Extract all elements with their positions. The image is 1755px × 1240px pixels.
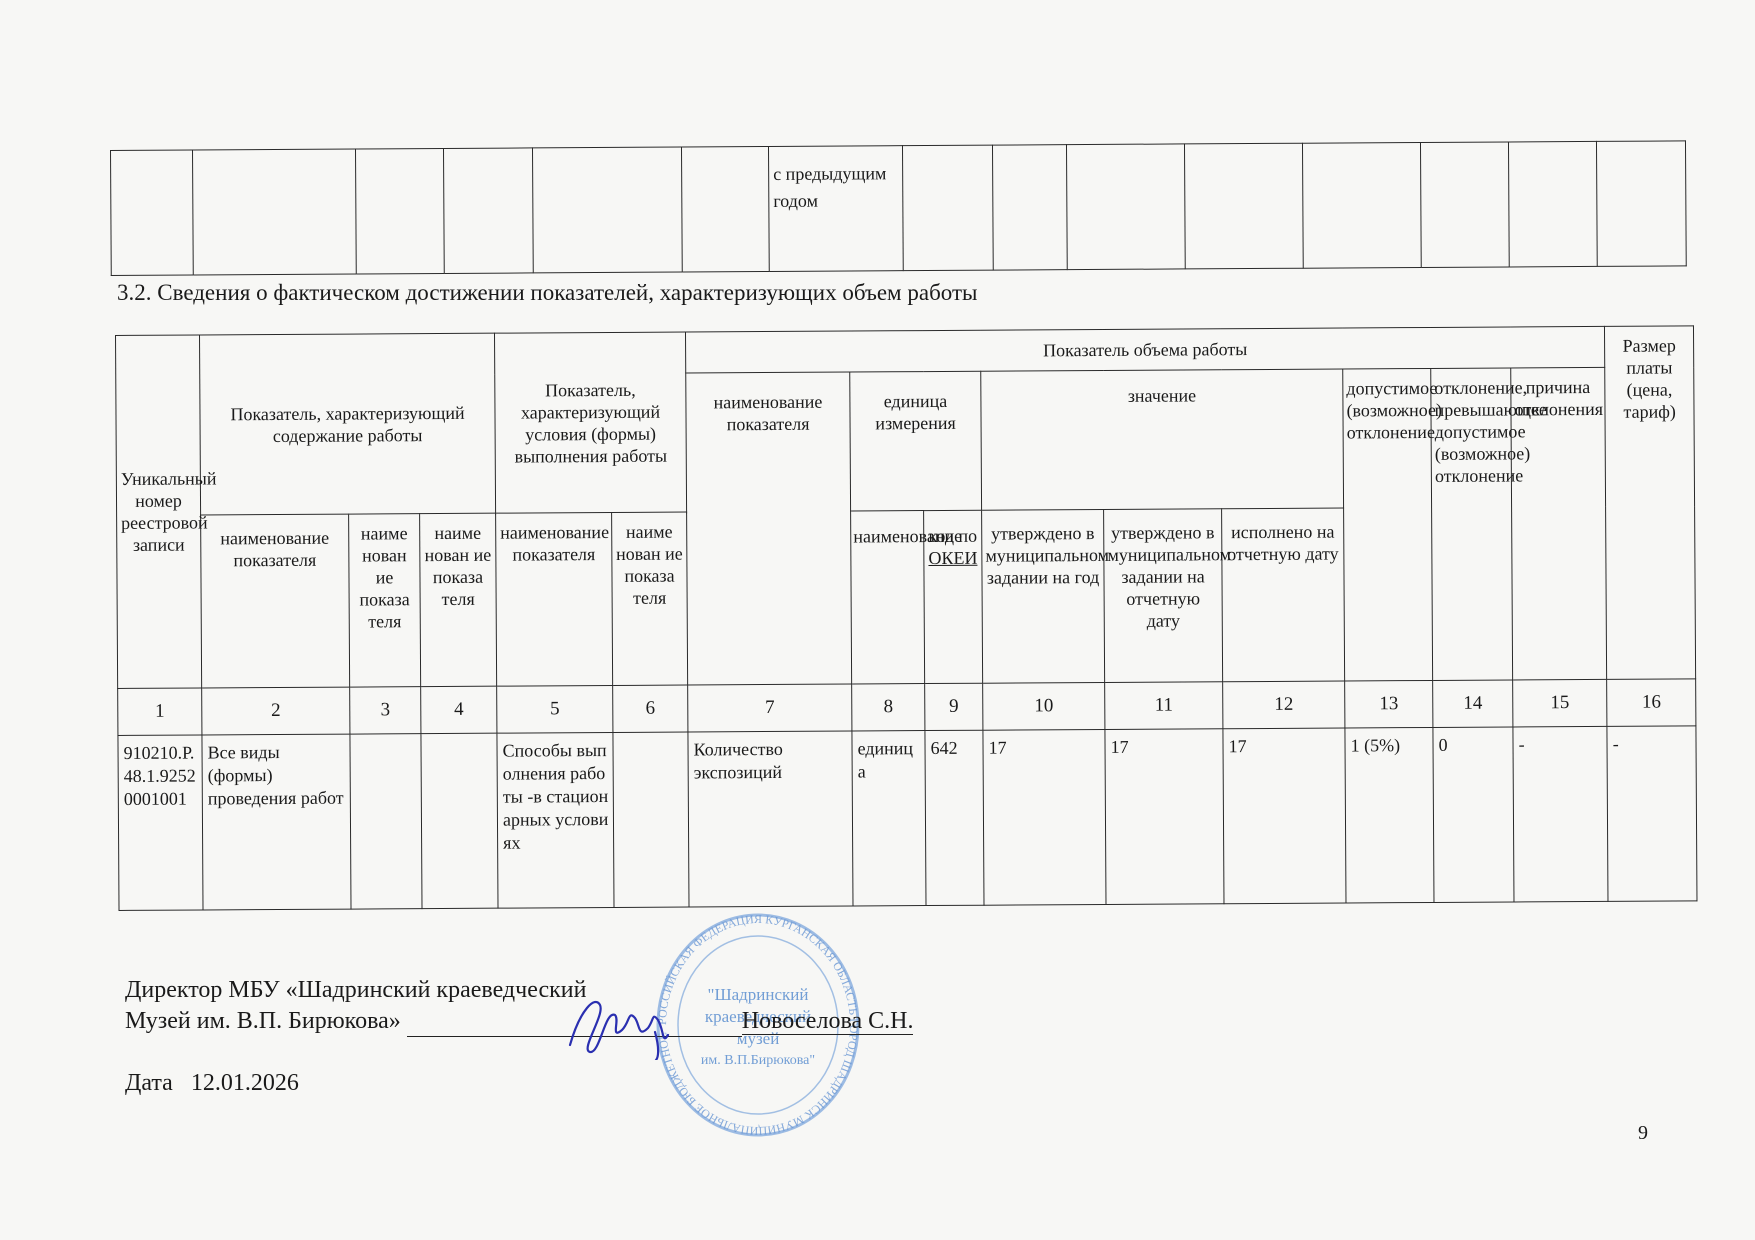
cell-executed-report-date: 17 <box>1223 728 1346 904</box>
header-content-indicator: Показатель, характеризующий содержание р… <box>200 333 496 515</box>
column-number: 8 <box>852 684 925 731</box>
column-number: 9 <box>925 683 983 730</box>
cell-approved-year: 17 <box>983 729 1106 905</box>
header-conditions-indicator: Показатель, характеризующий условия (фор… <box>495 332 687 513</box>
table-cell: с предыдущим годом <box>768 146 903 272</box>
header-executed-report-date: исполнено на отчетную дату <box>1222 508 1345 682</box>
header-approved-year: утверждено в муниципальном задании на го… <box>982 509 1105 683</box>
column-number: 5 <box>497 685 613 733</box>
cell-approved-report-date: 17 <box>1105 729 1224 905</box>
header-content-name-2: наиме нован ие показа теля <box>349 514 421 687</box>
cell-exceeding-deviation: 0 <box>1433 727 1514 902</box>
cell-content-1: Все виды (формы) проведения работ <box>202 734 351 910</box>
table-cell <box>902 145 993 271</box>
cell-unit-name: единица <box>852 731 926 906</box>
column-number: 11 <box>1105 682 1223 730</box>
header-conditions-name-1: наименование показателя <box>496 512 613 686</box>
column-number: 1 <box>118 688 202 736</box>
signatory-position-line1: Директор МБУ «Шадринский краеведческий <box>125 975 913 1006</box>
column-number: 12 <box>1223 681 1345 729</box>
column-number: 14 <box>1433 680 1513 727</box>
table-cell <box>355 148 444 274</box>
cell-conditions-2 <box>613 732 689 907</box>
section-title: 3.2. Сведения о фактическом достижении п… <box>117 280 977 306</box>
column-number: 2 <box>202 687 350 735</box>
header-indicator-name: наименование показателя <box>686 372 852 685</box>
stamp-line4: им. В.П.Бирюкова" <box>701 1053 815 1068</box>
column-number: 7 <box>688 684 852 732</box>
table-row: с предыдущим годом <box>111 141 1687 276</box>
table-row: 910210.Р.48.1.92520001001 Все виды (форм… <box>118 726 1697 911</box>
header-unique-number: Уникальный номер реестровой записи <box>116 335 202 689</box>
cell-content-2 <box>350 734 422 909</box>
header-content-name-3: наиме нован ие показа теля <box>420 513 497 686</box>
cell-fee: - <box>1607 726 1697 902</box>
page-number: 9 <box>1638 1122 1648 1145</box>
header-unit: единица измерения <box>850 371 982 511</box>
column-number: 6 <box>613 685 688 732</box>
cell-content-3 <box>421 733 498 908</box>
column-number: 3 <box>350 687 421 734</box>
date-value: 12.01.2026 <box>191 1070 299 1096</box>
header-allowed-deviation: допустимое (возможное) отклонение <box>1343 368 1433 681</box>
column-number: 16 <box>1607 679 1696 727</box>
header-unit-name: наименование <box>851 511 925 684</box>
cell-okei-code: 642 <box>925 730 984 905</box>
previous-table-fragment: с предыдущим годом <box>110 140 1687 276</box>
header-deviation-reason: причина отклонения <box>1511 367 1607 680</box>
handwritten-signature-icon <box>560 990 680 1060</box>
table-cell <box>443 148 533 274</box>
header-content-name-1: наименование показателя <box>201 514 350 688</box>
table-cell <box>1184 143 1303 269</box>
table-cell <box>532 147 682 273</box>
table-cell <box>111 150 194 275</box>
header-approved-report-date: утверждено в муниципальном задании на от… <box>1104 509 1223 683</box>
signature-block: Директор МБУ «Шадринский краеведческий М… <box>125 975 913 1037</box>
signatory-name: Новоселова С.Н. <box>742 1008 914 1035</box>
header-conditions-name-2: наиме нован ие показа теля <box>612 512 688 685</box>
date-line: Дата 12.01.2026 <box>125 1070 299 1097</box>
volume-indicators-table: Уникальный номер реестровой записи Показ… <box>115 325 1698 911</box>
date-label: Дата <box>125 1070 173 1096</box>
signatory-position-line2: Музей им. В.П. Бирюкова» <box>125 1008 401 1034</box>
table-cell <box>1508 141 1597 267</box>
header-fee: Размер платы (цена, тариф) <box>1605 326 1696 680</box>
okei-prefix: код по <box>928 526 977 546</box>
table-cell <box>1420 142 1509 268</box>
okei-link: ОКЕИ <box>928 548 977 568</box>
table-cell <box>1066 144 1185 270</box>
column-number: 13 <box>1345 680 1433 728</box>
cell-conditions-1: Способы выполнения работы -в стационарны… <box>497 732 614 908</box>
table-cell <box>193 149 357 275</box>
table-cell <box>992 145 1067 270</box>
cell-deviation-reason: - <box>1513 726 1608 902</box>
header-exceeding-deviation: отклонение, превышающее допустимое (возм… <box>1431 368 1513 680</box>
cell-indicator-name: Количество экспозиций <box>688 731 853 907</box>
column-number: 10 <box>983 682 1105 730</box>
column-number: 4 <box>421 686 497 733</box>
header-value: значение <box>981 369 1344 510</box>
header-volume-indicator: Показатель объема работы <box>686 326 1605 373</box>
column-number: 15 <box>1513 679 1607 727</box>
table-cell <box>1302 142 1421 268</box>
table-cell <box>1596 141 1686 267</box>
cell-unique-number: 910210.Р.48.1.92520001001 <box>118 735 203 911</box>
table-cell <box>681 146 769 272</box>
cell-allowed-deviation: 1 (5%) <box>1345 727 1434 903</box>
header-okei-code: код по ОКЕИ <box>924 510 983 683</box>
